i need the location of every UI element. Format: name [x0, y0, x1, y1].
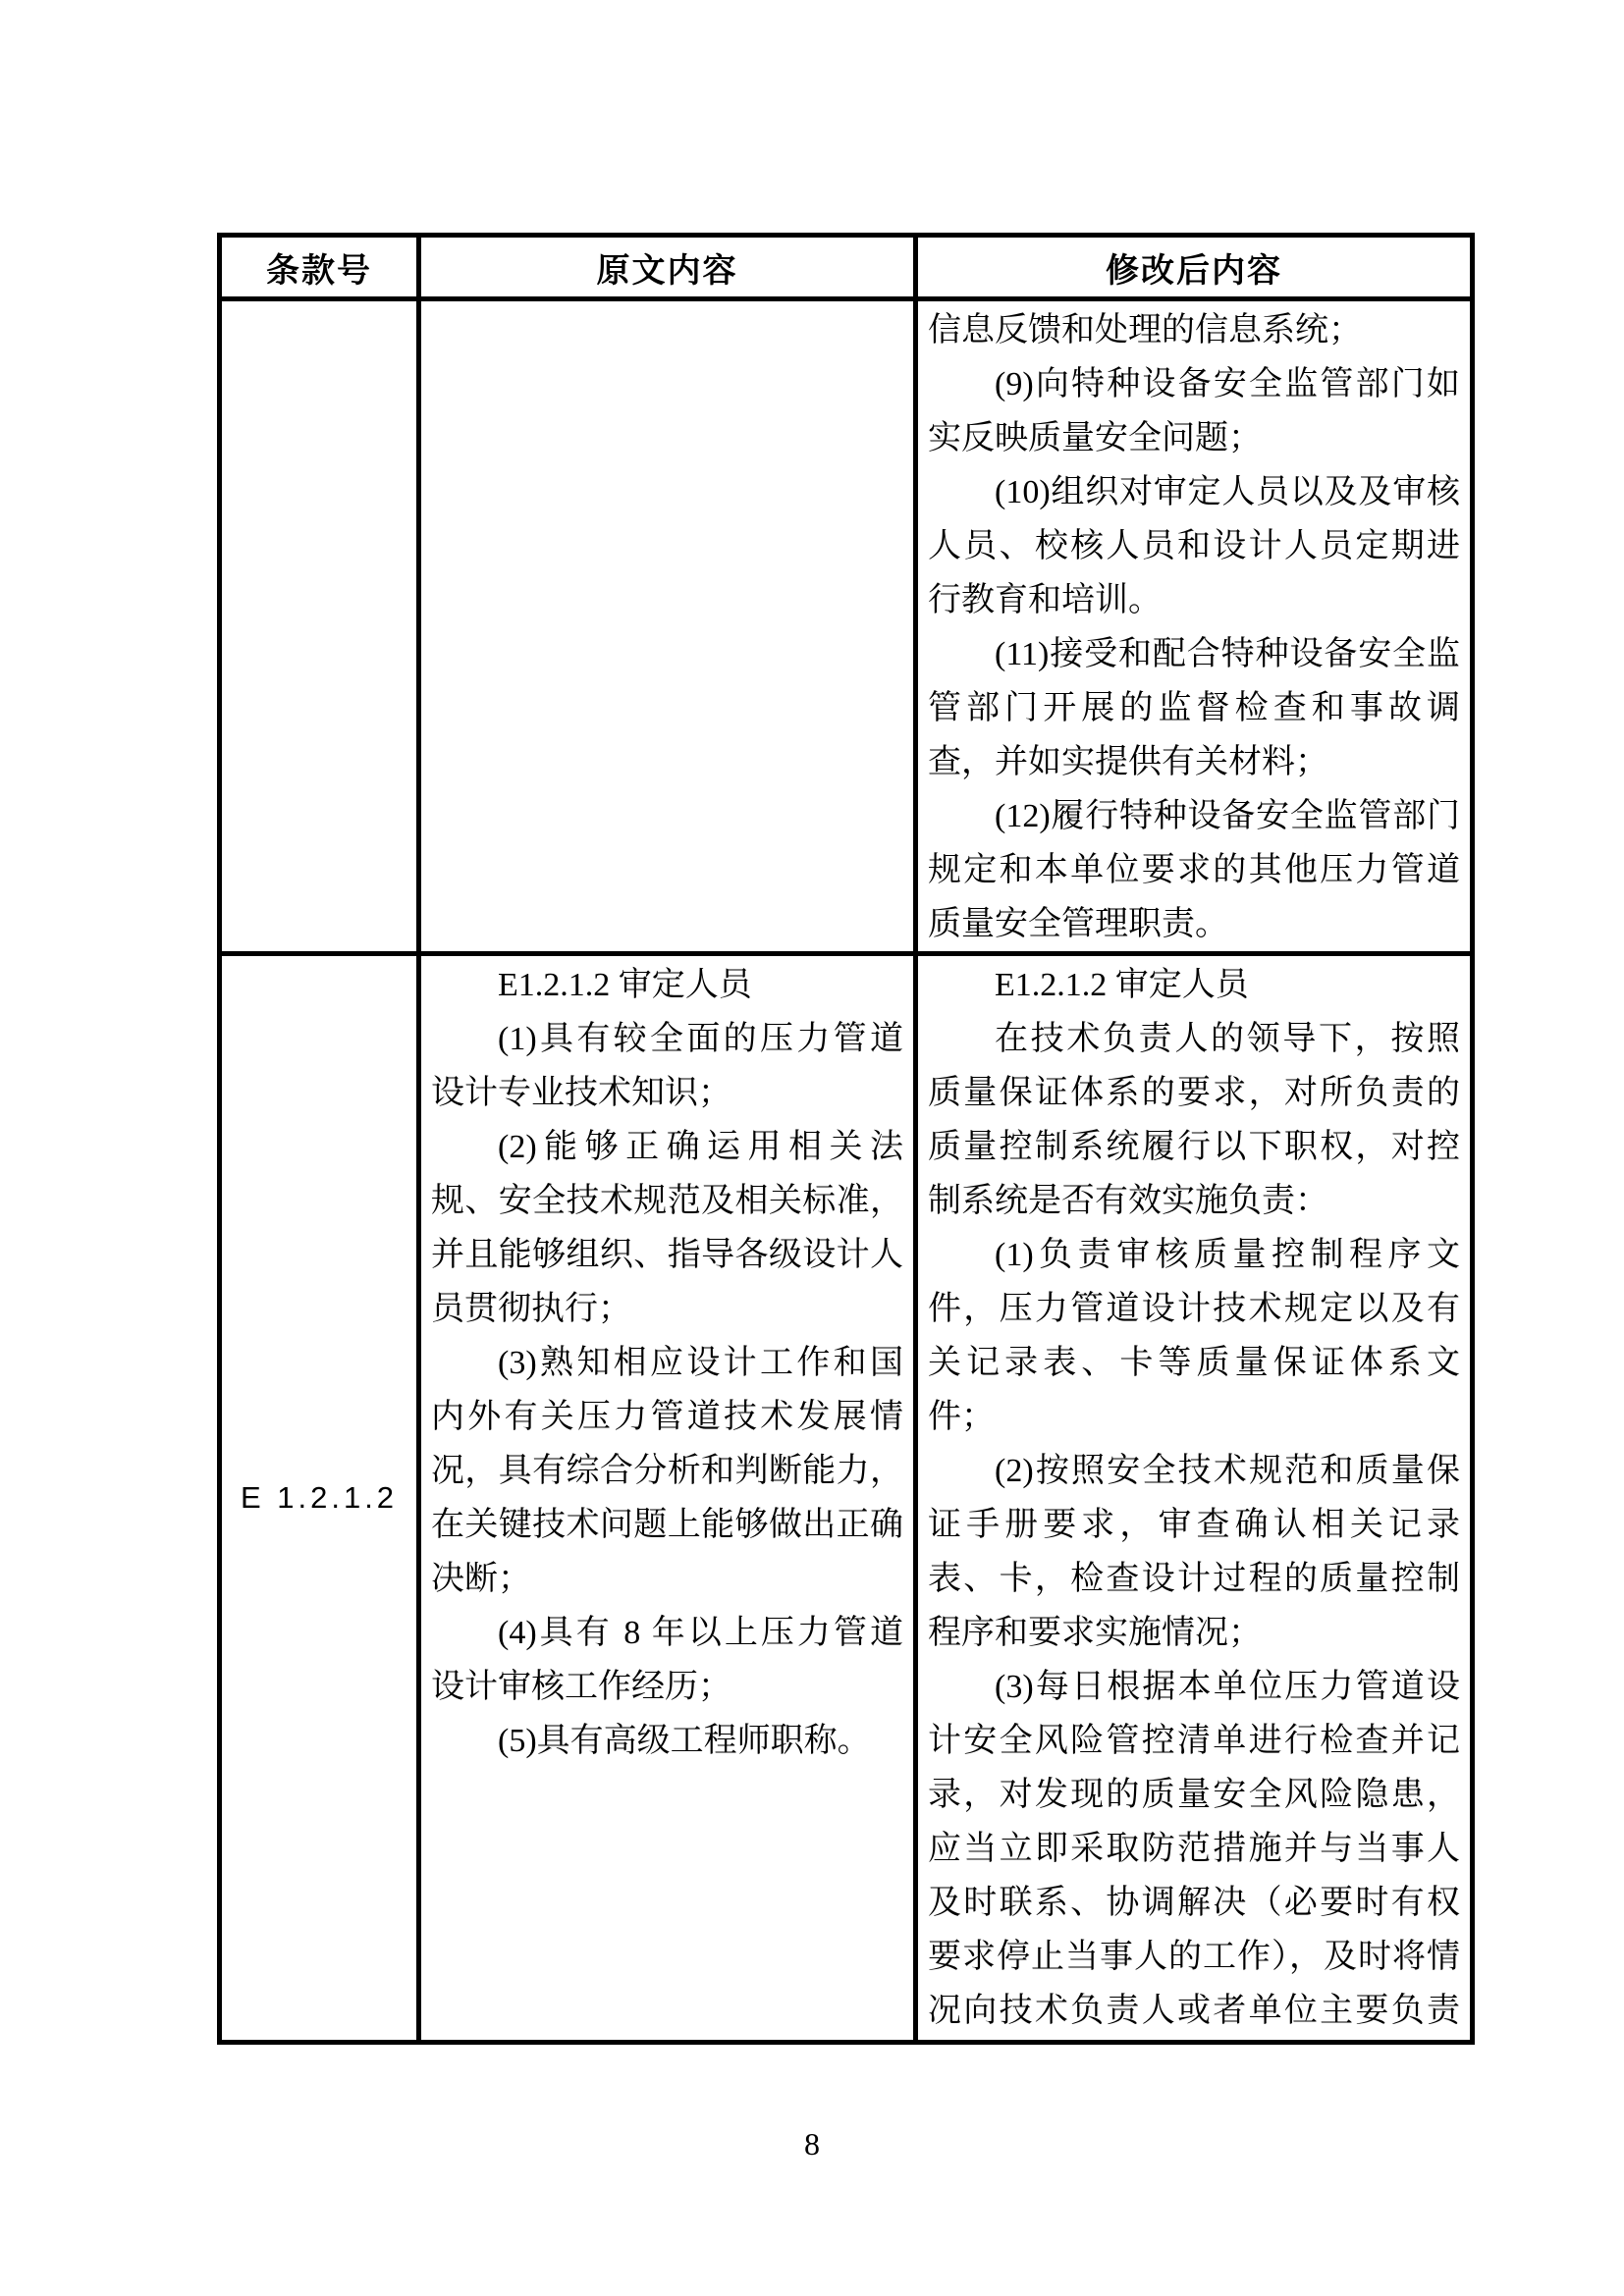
table-row: 信息反馈和处理的信息系统；(9)向特种设备安全监管部门如实反映质量安全问题；(1…: [220, 299, 1473, 954]
document-page: 条款号 原文内容 修改后内容 信息反馈和处理的信息系统；(9)向特种设备安全监管…: [0, 0, 1624, 2296]
paragraph: (3)每日根据本单位压力管道设计安全风险管控清单进行检查并记录，对发现的质量安全…: [928, 1660, 1460, 2040]
header-revised-content: 修改后内容: [916, 236, 1473, 299]
clause-cell-row1: [220, 299, 419, 954]
revised-text-row1: 信息反馈和处理的信息系统；(9)向特种设备安全监管部门如实反映质量安全问题；(1…: [928, 301, 1460, 951]
paragraph: (1)负责审核质量控制程序文件，压力管道设计技术规定以及有关记录表、卡等质量保证…: [928, 1228, 1460, 1444]
paragraph: (1)具有较全面的压力管道设计专业技术知识；: [431, 1012, 903, 1120]
paragraph: (10)组织对审定人员以及及审核人员、校核人员和设计人员定期进行教育和培训。: [928, 465, 1460, 627]
table-row: E 1.2.1.2 E1.2.1.2 审定人员(1)具有较全面的压力管道设计专业…: [220, 954, 1473, 2043]
revised-text-row2: E1.2.1.2 审定人员在技术负责人的领导下，按照质量保证体系的要求，对所负责…: [928, 956, 1460, 2040]
paragraph: E1.2.1.2 审定人员: [928, 958, 1460, 1012]
revision-comparison-table: 条款号 原文内容 修改后内容 信息反馈和处理的信息系统；(9)向特种设备安全监管…: [217, 233, 1475, 2045]
table-header-row: 条款号 原文内容 修改后内容: [220, 236, 1473, 299]
paragraph: (12)履行特种设备安全监管部门规定和本单位要求的其他压力管道质量安全管理职责。: [928, 789, 1460, 951]
paragraph: (2)按照安全技术规范和质量保证手册要求，审查确认相关记录表、卡，检查设计过程的…: [928, 1444, 1460, 1660]
paragraph: (2)能够正确运用相关法规、安全技术规范及相关标准，并且能够组织、指导各级设计人…: [431, 1120, 903, 1336]
paragraph: 信息反馈和处理的信息系统；: [928, 303, 1460, 357]
original-text-row2: E1.2.1.2 审定人员(1)具有较全面的压力管道设计专业技术知识；(2)能够…: [431, 956, 903, 2040]
clause-cell-row2: E 1.2.1.2: [220, 954, 419, 2043]
paragraph: (11)接受和配合特种设备安全监管部门开展的监督检查和事故调查，并如实提供有关材…: [928, 627, 1460, 789]
paragraph: (4)具有 8 年以上压力管道设计审核工作经历；: [431, 1606, 903, 1714]
paragraph: (9)向特种设备安全监管部门如实反映质量安全问题；: [928, 357, 1460, 465]
paragraph: E1.2.1.2 审定人员: [431, 958, 903, 1012]
page-number: 8: [0, 2126, 1624, 2163]
paragraph: 在技术负责人的领导下，按照质量保证体系的要求，对所负责的质量控制系统履行以下职权…: [928, 1012, 1460, 1228]
header-original-content: 原文内容: [419, 236, 916, 299]
revised-cell-row2: E1.2.1.2 审定人员在技术负责人的领导下，按照质量保证体系的要求，对所负责…: [916, 954, 1473, 2043]
original-cell-row1: [419, 299, 916, 954]
paragraph: (3)熟知相应设计工作和国内外有关压力管道技术发展情况，具有综合分析和判断能力，…: [431, 1336, 903, 1606]
original-text-row1: [431, 301, 903, 951]
paragraph: (5)具有高级工程师职称。: [431, 1714, 903, 1768]
original-cell-row2: E1.2.1.2 审定人员(1)具有较全面的压力管道设计专业技术知识；(2)能够…: [419, 954, 916, 2043]
header-clause-number: 条款号: [220, 236, 419, 299]
revised-cell-row1: 信息反馈和处理的信息系统；(9)向特种设备安全监管部门如实反映质量安全问题；(1…: [916, 299, 1473, 954]
